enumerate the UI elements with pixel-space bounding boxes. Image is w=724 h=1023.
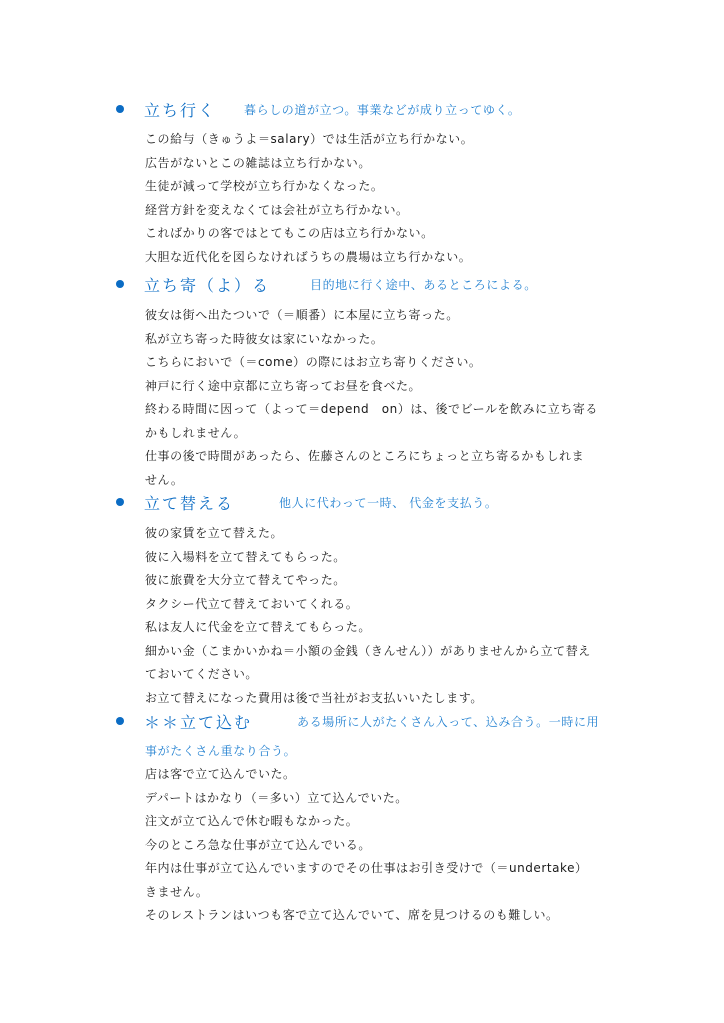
example-sentence: 私は友人に代金を立て替えてもらった。 [145, 616, 625, 640]
example-sentence: こればかりの客ではとてもこの店は立ち行かない。 [145, 222, 625, 246]
example-list: この給与（きゅうよ＝salary）では生活が立ち行かない。 広告がないとこの雑誌… [145, 128, 625, 269]
entry-heading-tachiyuku: 立ち行く 暮らしの道が立つ。事業などが成り立ってゆく。 [116, 97, 520, 121]
example-sentence: 彼女は街へ出たついで（＝順番）に本屋に立ち寄った。 [145, 304, 625, 328]
example-sentence: 年内は仕事が立て込んでいますのでその仕事はお引き受けで（＝undertake） [145, 857, 625, 881]
example-sentence: タクシー代立て替えておいてくれる。 [145, 593, 625, 617]
example-sentence: 大胆な近代化を図らなければうちの農場は立ち行かない。 [145, 246, 625, 270]
example-sentence: 広告がないとこの雑誌は立ち行かない。 [145, 152, 625, 176]
example-sentence: 経営方針を変えなくては会社が立ち行かない。 [145, 199, 625, 223]
example-sentence: 店は客で立て込んでいた。 [145, 763, 625, 787]
example-sentence: かもしれません。 [145, 422, 625, 446]
entry-term: 立ち寄（よ）る [144, 273, 310, 296]
entry-meaning: 暮らしの道が立つ。事業などが成り立ってゆく。 [244, 101, 520, 118]
example-sentence: 彼に旅費を大分立て替えてやった。 [145, 569, 625, 593]
bullet-icon [116, 105, 124, 113]
example-sentence: 彼の家賃を立て替えた。 [145, 522, 625, 546]
entry-term: 立ち行く [144, 98, 244, 121]
example-sentence: きません。 [145, 881, 625, 905]
example-list: 店は客で立て込んでいた。 デパートはかなり（＝多い）立て込んでいた。 注文が立て… [145, 763, 625, 928]
example-list: 彼女は街へ出たついで（＝順番）に本屋に立ち寄った。 私が立ち寄った時彼女は家にい… [145, 304, 625, 492]
example-sentence: お立て替えになった費用は後で当社がお支払いいたします。 [145, 687, 625, 711]
entry-meaning: ある場所に人がたくさん入って、込み合う。一時に用 [297, 713, 599, 730]
entry-heading-tatekaeru: 立て替える 他人に代わって一時、 代金を支払う。 [116, 490, 498, 514]
bullet-icon [116, 717, 124, 725]
entry-meaning: 他人に代わって一時、 代金を支払う。 [279, 494, 498, 511]
example-list: 彼の家賃を立て替えた。 彼に入場料を立て替えてもらった。 彼に旅費を大分立て替え… [145, 522, 625, 710]
entry-heading-tatekomu: ＊＊立て込む ある場所に人がたくさん入って、込み合う。一時に用 [116, 709, 599, 733]
example-sentence: デパートはかなり（＝多い）立て込んでいた。 [145, 787, 625, 811]
example-sentence: 細かい金（こまかいかね＝小額の金銭（きんせん））がありませんから立て替え [145, 640, 625, 664]
entry-meaning: 目的地に行く途中、あるところによる。 [310, 276, 537, 293]
example-sentence: 仕事の後で時間があったら、佐藤さんのところにちょっと立ち寄るかもしれま [145, 445, 625, 469]
bullet-icon [116, 498, 124, 506]
example-sentence: こちらにおいで（＝come）の際にはお立ち寄りください。 [145, 351, 625, 375]
example-sentence: 彼に入場料を立て替えてもらった。 [145, 546, 625, 570]
example-sentence: ておいてください。 [145, 663, 625, 687]
example-sentence: 終わる時間に因って（よって＝depend on）は、後でビールを飲みに立ち寄る [145, 398, 625, 422]
example-sentence: 生徒が減って学校が立ち行かなくなった。 [145, 175, 625, 199]
example-sentence: 今のところ急な仕事が立て込んでいる。 [145, 834, 625, 858]
bullet-icon [116, 280, 124, 288]
example-sentence: せん。 [145, 469, 625, 493]
entry-term: 立て替える [144, 491, 279, 514]
example-sentence: 私が立ち寄った時彼女は家にいなかった。 [145, 328, 625, 352]
entry-meaning-continued: 事がたくさん重なり合う。 [145, 742, 296, 759]
entry-heading-tachiyoru: 立ち寄（よ）る 目的地に行く途中、あるところによる。 [116, 272, 537, 296]
document-page: 立ち行く 暮らしの道が立つ。事業などが成り立ってゆく。 この給与（きゅうよ＝sa… [0, 0, 724, 1023]
example-sentence: この給与（きゅうよ＝salary）では生活が立ち行かない。 [145, 128, 625, 152]
example-sentence: 神戸に行く途中京都に立ち寄ってお昼を食べた。 [145, 375, 625, 399]
example-sentence: 注文が立て込んで休む暇もなかった。 [145, 810, 625, 834]
example-sentence: そのレストランはいつも客で立て込んでいて、席を見つけるのも難しい。 [145, 904, 625, 928]
entry-term: ＊＊立て込む [144, 710, 297, 733]
